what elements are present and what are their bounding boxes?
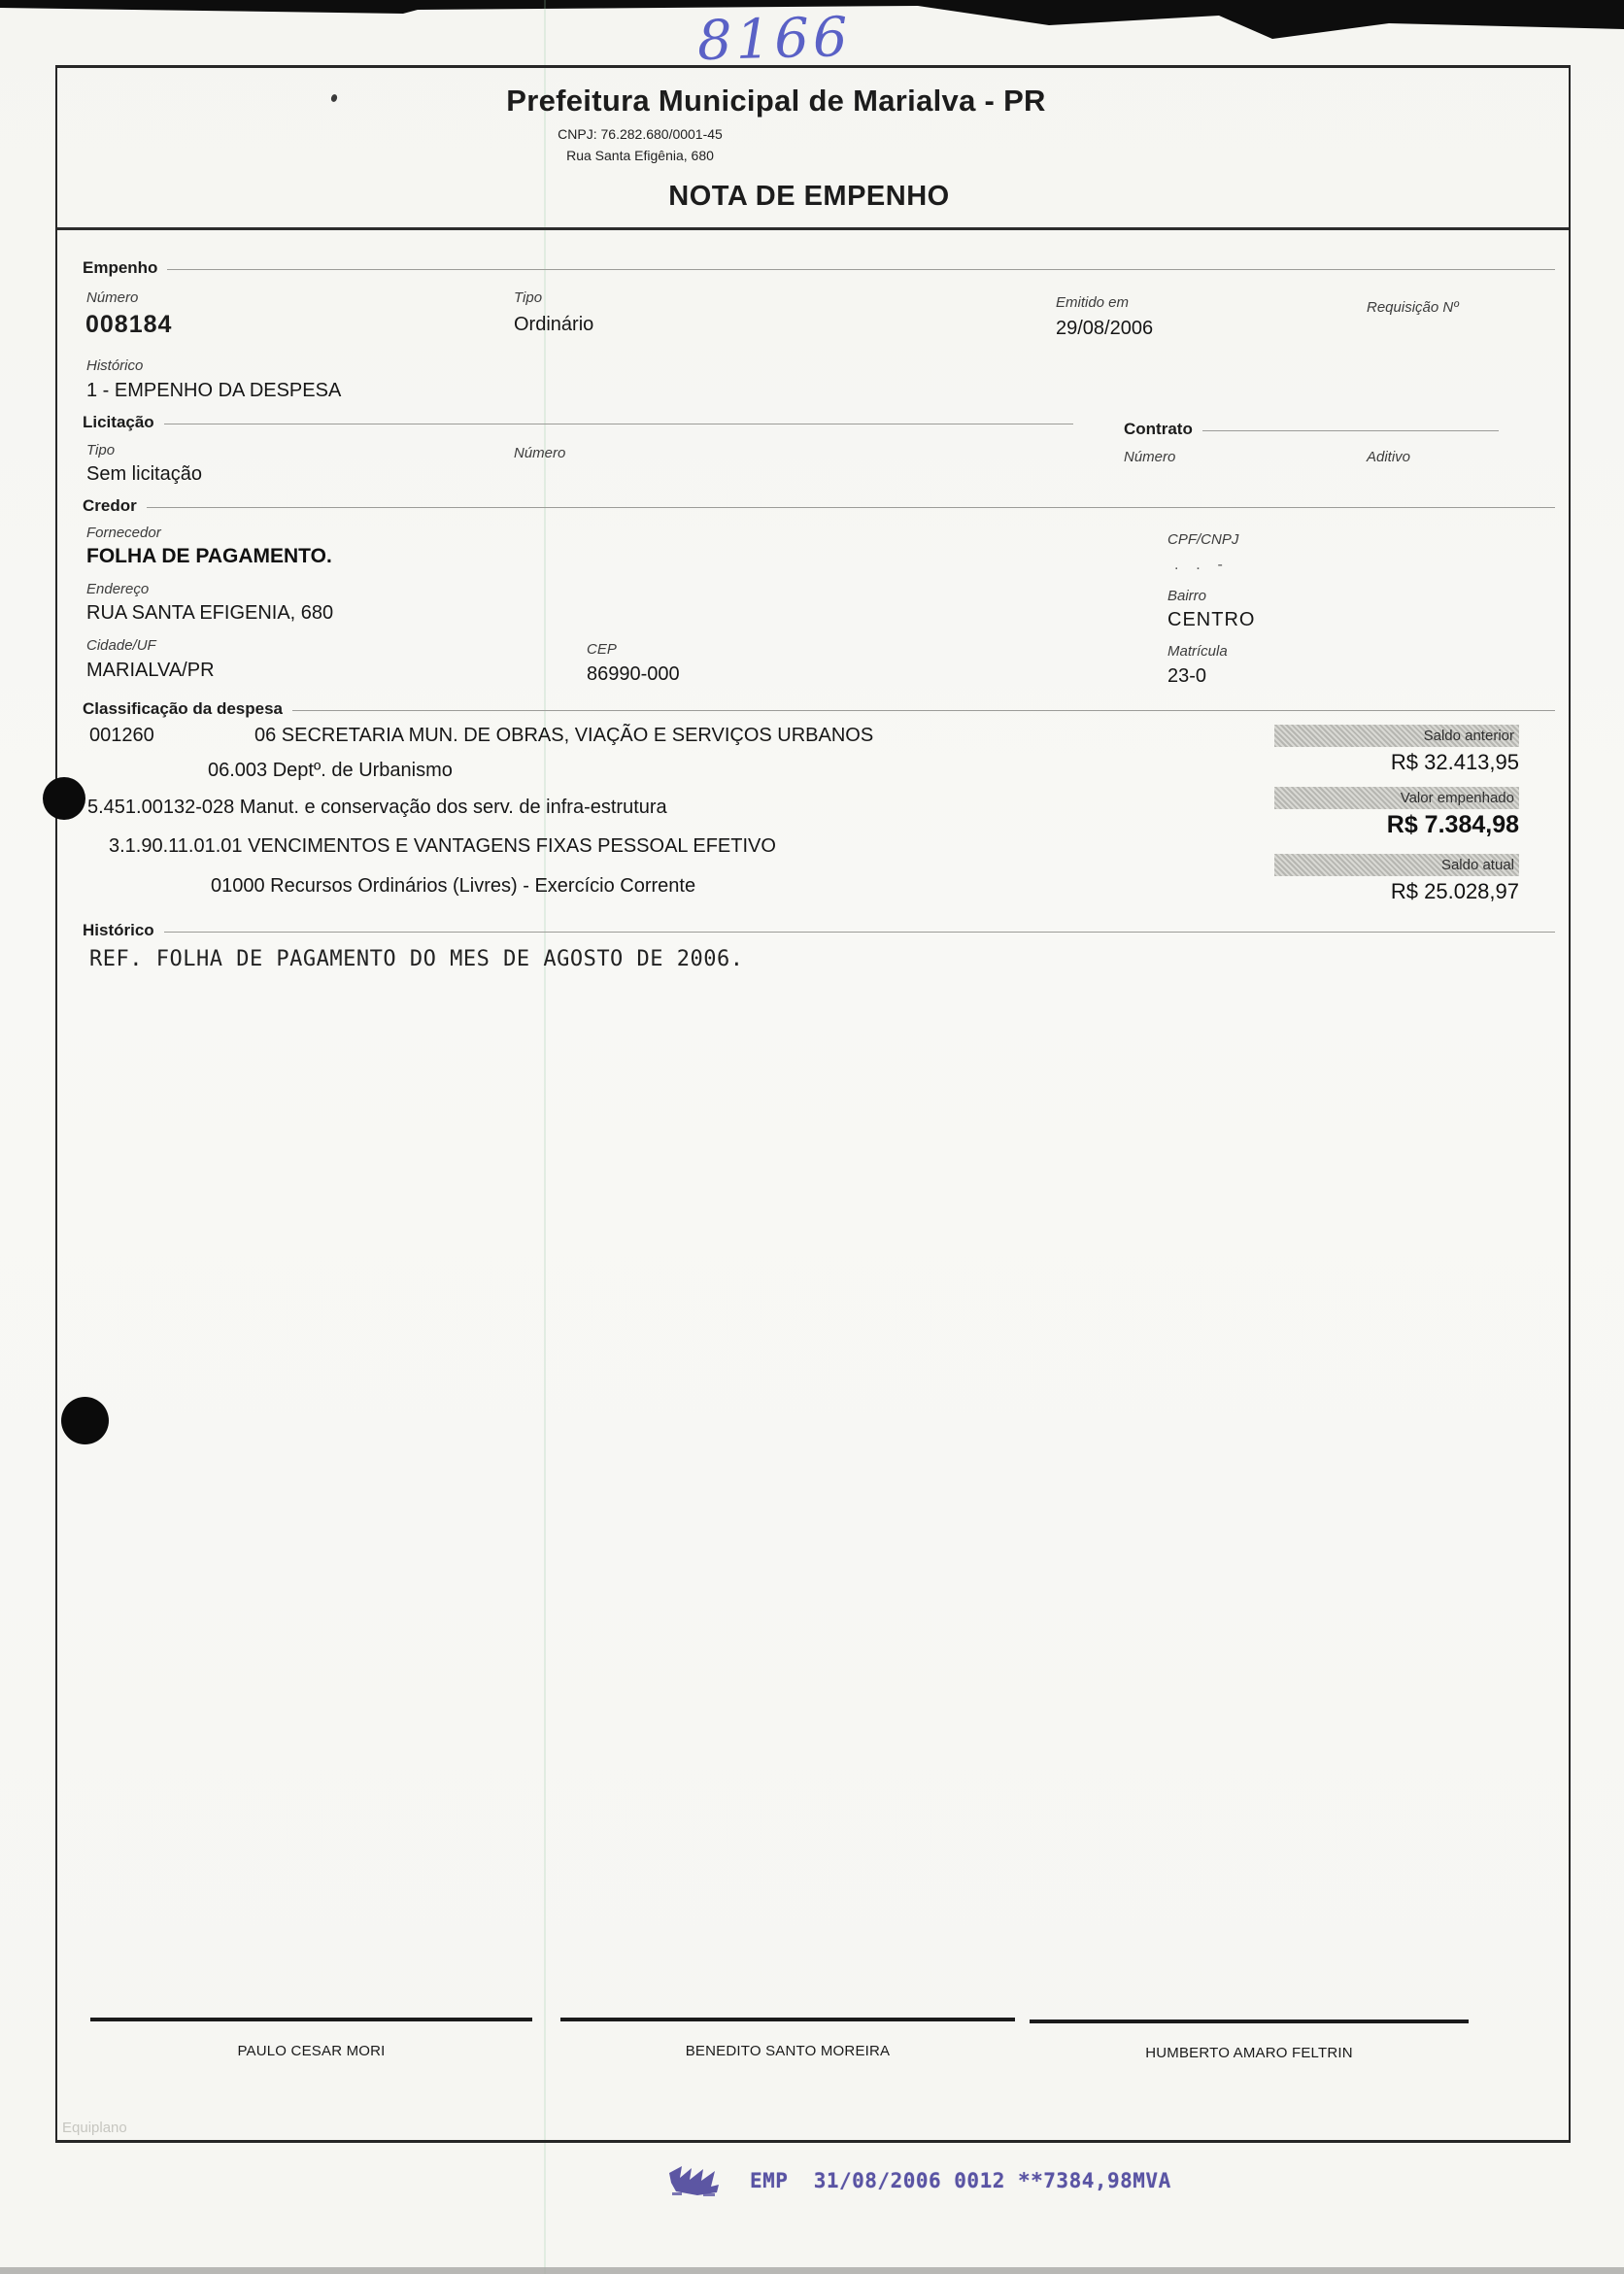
licitacao-tipo-label: Tipo bbox=[86, 442, 115, 458]
licitacao-numero-label: Número bbox=[514, 445, 565, 461]
empenho-historico-label: Histórico bbox=[86, 357, 143, 374]
matricula-value: 23-0 bbox=[1167, 665, 1206, 688]
classificacao-row: 5.451.00132-028 Manut. e conservação dos… bbox=[87, 797, 667, 819]
scanner-bottom-edge bbox=[0, 2267, 1624, 2274]
handwritten-number: 8166 bbox=[696, 6, 852, 73]
cep-value: 86990-000 bbox=[587, 663, 680, 686]
software-watermark: Equiplano bbox=[62, 2120, 127, 2136]
document-border-box: Prefeitura Municipal de Marialva - PR CN… bbox=[55, 65, 1571, 2143]
classificacao-row: 06 SECRETARIA MUN. DE OBRAS, VIAÇÃO E SE… bbox=[254, 725, 873, 747]
signature-name: HUMBERTO AMARO FELTRIN bbox=[1030, 2045, 1469, 2061]
hole-punch bbox=[61, 1397, 109, 1444]
signature-block: PAULO CESAR MORI bbox=[90, 2018, 532, 2059]
requisicao-label: Requisição Nº bbox=[1367, 299, 1459, 316]
section-historico: Histórico bbox=[83, 921, 1555, 940]
classificacao-row: 01000 Recursos Ordinários (Livres) - Exe… bbox=[211, 875, 695, 898]
classificacao-row-code: 001260 bbox=[89, 725, 154, 747]
historico-text: REF. FOLHA DE PAGAMENTO DO MES DE AGOSTO… bbox=[89, 947, 744, 971]
saldo-atual-label-bar: Saldo atual bbox=[1274, 854, 1519, 876]
matricula-label: Matrícula bbox=[1167, 643, 1228, 660]
section-empenho: Empenho bbox=[83, 258, 1555, 278]
section-empenho-label: Empenho bbox=[83, 258, 157, 278]
section-rule bbox=[164, 424, 1073, 424]
section-credor-label: Credor bbox=[83, 496, 137, 516]
endereco-value: RUA SANTA EFIGENIA, 680 bbox=[86, 602, 333, 625]
contrato-numero-label: Número bbox=[1124, 449, 1175, 465]
empenho-tipo-value: Ordinário bbox=[514, 314, 593, 336]
signature-block: HUMBERTO AMARO FELTRIN bbox=[1030, 2019, 1469, 2061]
endereco-label: Endereço bbox=[86, 581, 149, 597]
emitido-value: 29/08/2006 bbox=[1056, 318, 1153, 340]
valor-empenhado-value: R$ 7.384,98 bbox=[1274, 811, 1519, 839]
fornecedor-value: FOLHA DE PAGAMENTO. bbox=[86, 545, 332, 568]
section-licitacao: Licitação bbox=[83, 413, 1073, 432]
fornecedor-label: Fornecedor bbox=[86, 525, 161, 541]
section-rule bbox=[167, 269, 1555, 270]
signature-name: PAULO CESAR MORI bbox=[90, 2043, 532, 2059]
empenho-historico-value: 1 - EMPENHO DA DESPESA bbox=[86, 380, 341, 402]
bairro-value: CENTRO bbox=[1167, 609, 1255, 631]
section-licitacao-label: Licitação bbox=[83, 413, 154, 432]
section-contrato: Contrato bbox=[1124, 420, 1499, 439]
emitido-label: Emitido em bbox=[1056, 294, 1129, 311]
stamp-text: EMP 31/08/2006 0012 **7384,98MVA bbox=[750, 2169, 1171, 2192]
header-address: Rua Santa Efigênia, 680 bbox=[57, 148, 1223, 163]
cidade-uf-label: Cidade/UF bbox=[86, 637, 156, 654]
section-rule bbox=[292, 710, 1555, 711]
cpf-cnpj-value: . . - bbox=[1174, 557, 1223, 574]
classificacao-row: 06.003 Deptº. de Urbanismo bbox=[208, 760, 453, 782]
document-type-title: NOTA DE EMPENHO bbox=[57, 181, 1561, 213]
section-credor: Credor bbox=[83, 496, 1555, 516]
cidade-uf-value: MARIALVA/PR bbox=[86, 660, 215, 682]
validation-stamp: EMP 31/08/2006 0012 **7384,98MVA bbox=[668, 2163, 1171, 2198]
header-title: Prefeitura Municipal de Marialva - PR bbox=[57, 84, 1495, 119]
tipo-label: Tipo bbox=[514, 289, 542, 306]
cep-label: CEP bbox=[587, 641, 617, 658]
stamp-logo-icon bbox=[668, 2163, 725, 2198]
classificacao-row: 3.1.90.11.01.01 VENCIMENTOS E VANTAGENS … bbox=[109, 835, 776, 858]
section-rule bbox=[1202, 430, 1499, 431]
signature-block: BENEDITO SANTO MOREIRA bbox=[560, 2018, 1015, 2059]
section-classificacao: Classificação da despesa bbox=[83, 699, 1555, 719]
bairro-label: Bairro bbox=[1167, 588, 1206, 604]
section-rule bbox=[147, 507, 1555, 508]
licitacao-tipo-value: Sem licitação bbox=[86, 463, 202, 486]
valor-empenhado-label-bar: Valor empenhado bbox=[1274, 787, 1519, 809]
header-cnpj: CNPJ: 76.282.680/0001-45 bbox=[57, 126, 1223, 142]
section-classificacao-label: Classificação da despesa bbox=[83, 699, 283, 719]
cpf-cnpj-label: CPF/CNPJ bbox=[1167, 531, 1238, 548]
scanned-page: 8166 Prefeitura Municipal de Marialva - … bbox=[0, 0, 1624, 2274]
section-rule bbox=[164, 932, 1555, 933]
saldo-anterior-label-bar: Saldo anterior bbox=[1274, 725, 1519, 747]
numero-label: Número bbox=[86, 289, 138, 306]
section-historico-label: Histórico bbox=[83, 921, 154, 940]
saldo-anterior-value: R$ 32.413,95 bbox=[1274, 750, 1519, 775]
contrato-aditivo-label: Aditivo bbox=[1367, 449, 1410, 465]
empenho-numero-value: 008184 bbox=[85, 311, 172, 339]
hole-punch bbox=[43, 777, 85, 820]
saldo-atual-value: R$ 25.028,97 bbox=[1274, 879, 1519, 904]
section-contrato-label: Contrato bbox=[1124, 420, 1193, 439]
header-divider bbox=[57, 227, 1569, 230]
signature-name: BENEDITO SANTO MOREIRA bbox=[560, 2043, 1015, 2059]
